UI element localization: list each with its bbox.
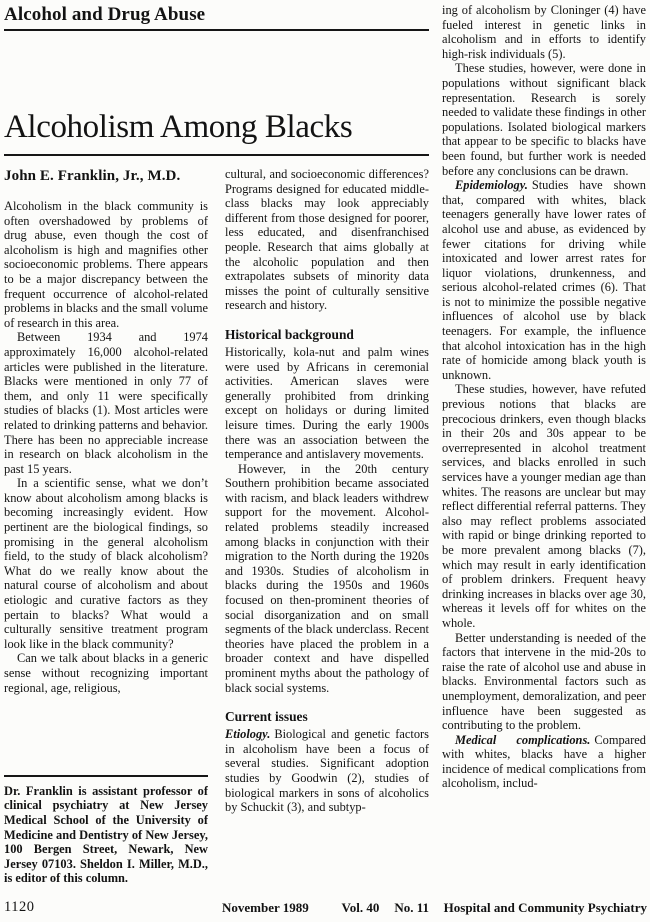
section-heading-current-issues: Current issues: [225, 709, 429, 725]
run-in-heading-medical-complications: Medical complications.: [455, 733, 590, 747]
volume-label: Vol. 40: [342, 900, 380, 916]
page-footer: 1120 November 1989 Vol. 40 No. 11 Hospit…: [4, 897, 647, 917]
author-footnote-block: Dr. Franklin is assistant professor of c…: [4, 775, 208, 886]
paragraph: Etiology.Biological and genetic factors …: [225, 727, 429, 815]
journal-title: Hospital and Community Psychiatry: [444, 900, 647, 916]
run-in-heading-epidemiology: Epidemiology.: [455, 178, 528, 192]
paragraph: cultural, and socioeconomic differences?…: [225, 167, 429, 313]
paragraph: These studies, however, have refuted pre…: [442, 382, 646, 630]
paragraph: In a scientific sense, what we don’t kno…: [4, 476, 208, 651]
paragraph: Better understanding is needed of the fa…: [442, 631, 646, 733]
title-rule: [4, 154, 429, 156]
section-heading-historical-background: Historical background: [225, 327, 429, 343]
paragraph: ing of alcoholism by Cloninger (4) have …: [442, 1, 646, 61]
column-2: cultural, and socioeconomic differences?…: [225, 167, 429, 886]
footnote-rule: [4, 775, 208, 777]
paragraph: These studies, however, were done in pop…: [442, 61, 646, 178]
run-in-heading-etiology: Etiology.: [225, 727, 270, 741]
text-columns: John E. Franklin, Jr., M.D. Alcoholism i…: [4, 167, 429, 886]
paragraph: Between 1934 and 1974 approximately 16,0…: [4, 330, 208, 476]
paragraph-text: Studies have shown that, compared with w…: [442, 178, 646, 382]
paragraph: Can we talk about blacks in a generic se…: [4, 651, 208, 695]
author-footnote: Dr. Franklin is assistant professor of c…: [4, 784, 208, 886]
byline: John E. Franklin, Jr., M.D.: [4, 167, 208, 186]
article-header-region: Alcohol and Drug Abuse Alcoholism Among …: [4, 0, 429, 886]
paragraph: However, in the 20th century Southern pr…: [225, 462, 429, 696]
issue-number-label: No. 11: [394, 900, 429, 916]
article-title: Alcoholism Among Blacks: [4, 109, 429, 146]
page-number: 1120: [4, 899, 34, 916]
kicker-rule: [4, 29, 429, 31]
paragraph: Epidemiology.Studies have shown that, co…: [442, 178, 646, 382]
volume-number-group: Vol. 40 No. 11: [342, 900, 429, 916]
column-3: ing of alcoholism by Cloninger (4) have …: [442, 1, 646, 894]
paragraph: Historically, kola-nut and palm wines we…: [225, 345, 429, 462]
paragraph: Medical complications.Compared with whit…: [442, 733, 646, 791]
column-kicker: Alcohol and Drug Abuse: [4, 0, 429, 27]
column-1: John E. Franklin, Jr., M.D. Alcoholism i…: [4, 167, 208, 886]
paragraph: Alcoholism in the black community is oft…: [4, 199, 208, 330]
journal-page: Alcohol and Drug Abuse Alcoholism Among …: [0, 0, 650, 922]
issue-date: November 1989: [222, 900, 309, 916]
issue-info: November 1989 Vol. 40 No. 11: [222, 900, 429, 916]
